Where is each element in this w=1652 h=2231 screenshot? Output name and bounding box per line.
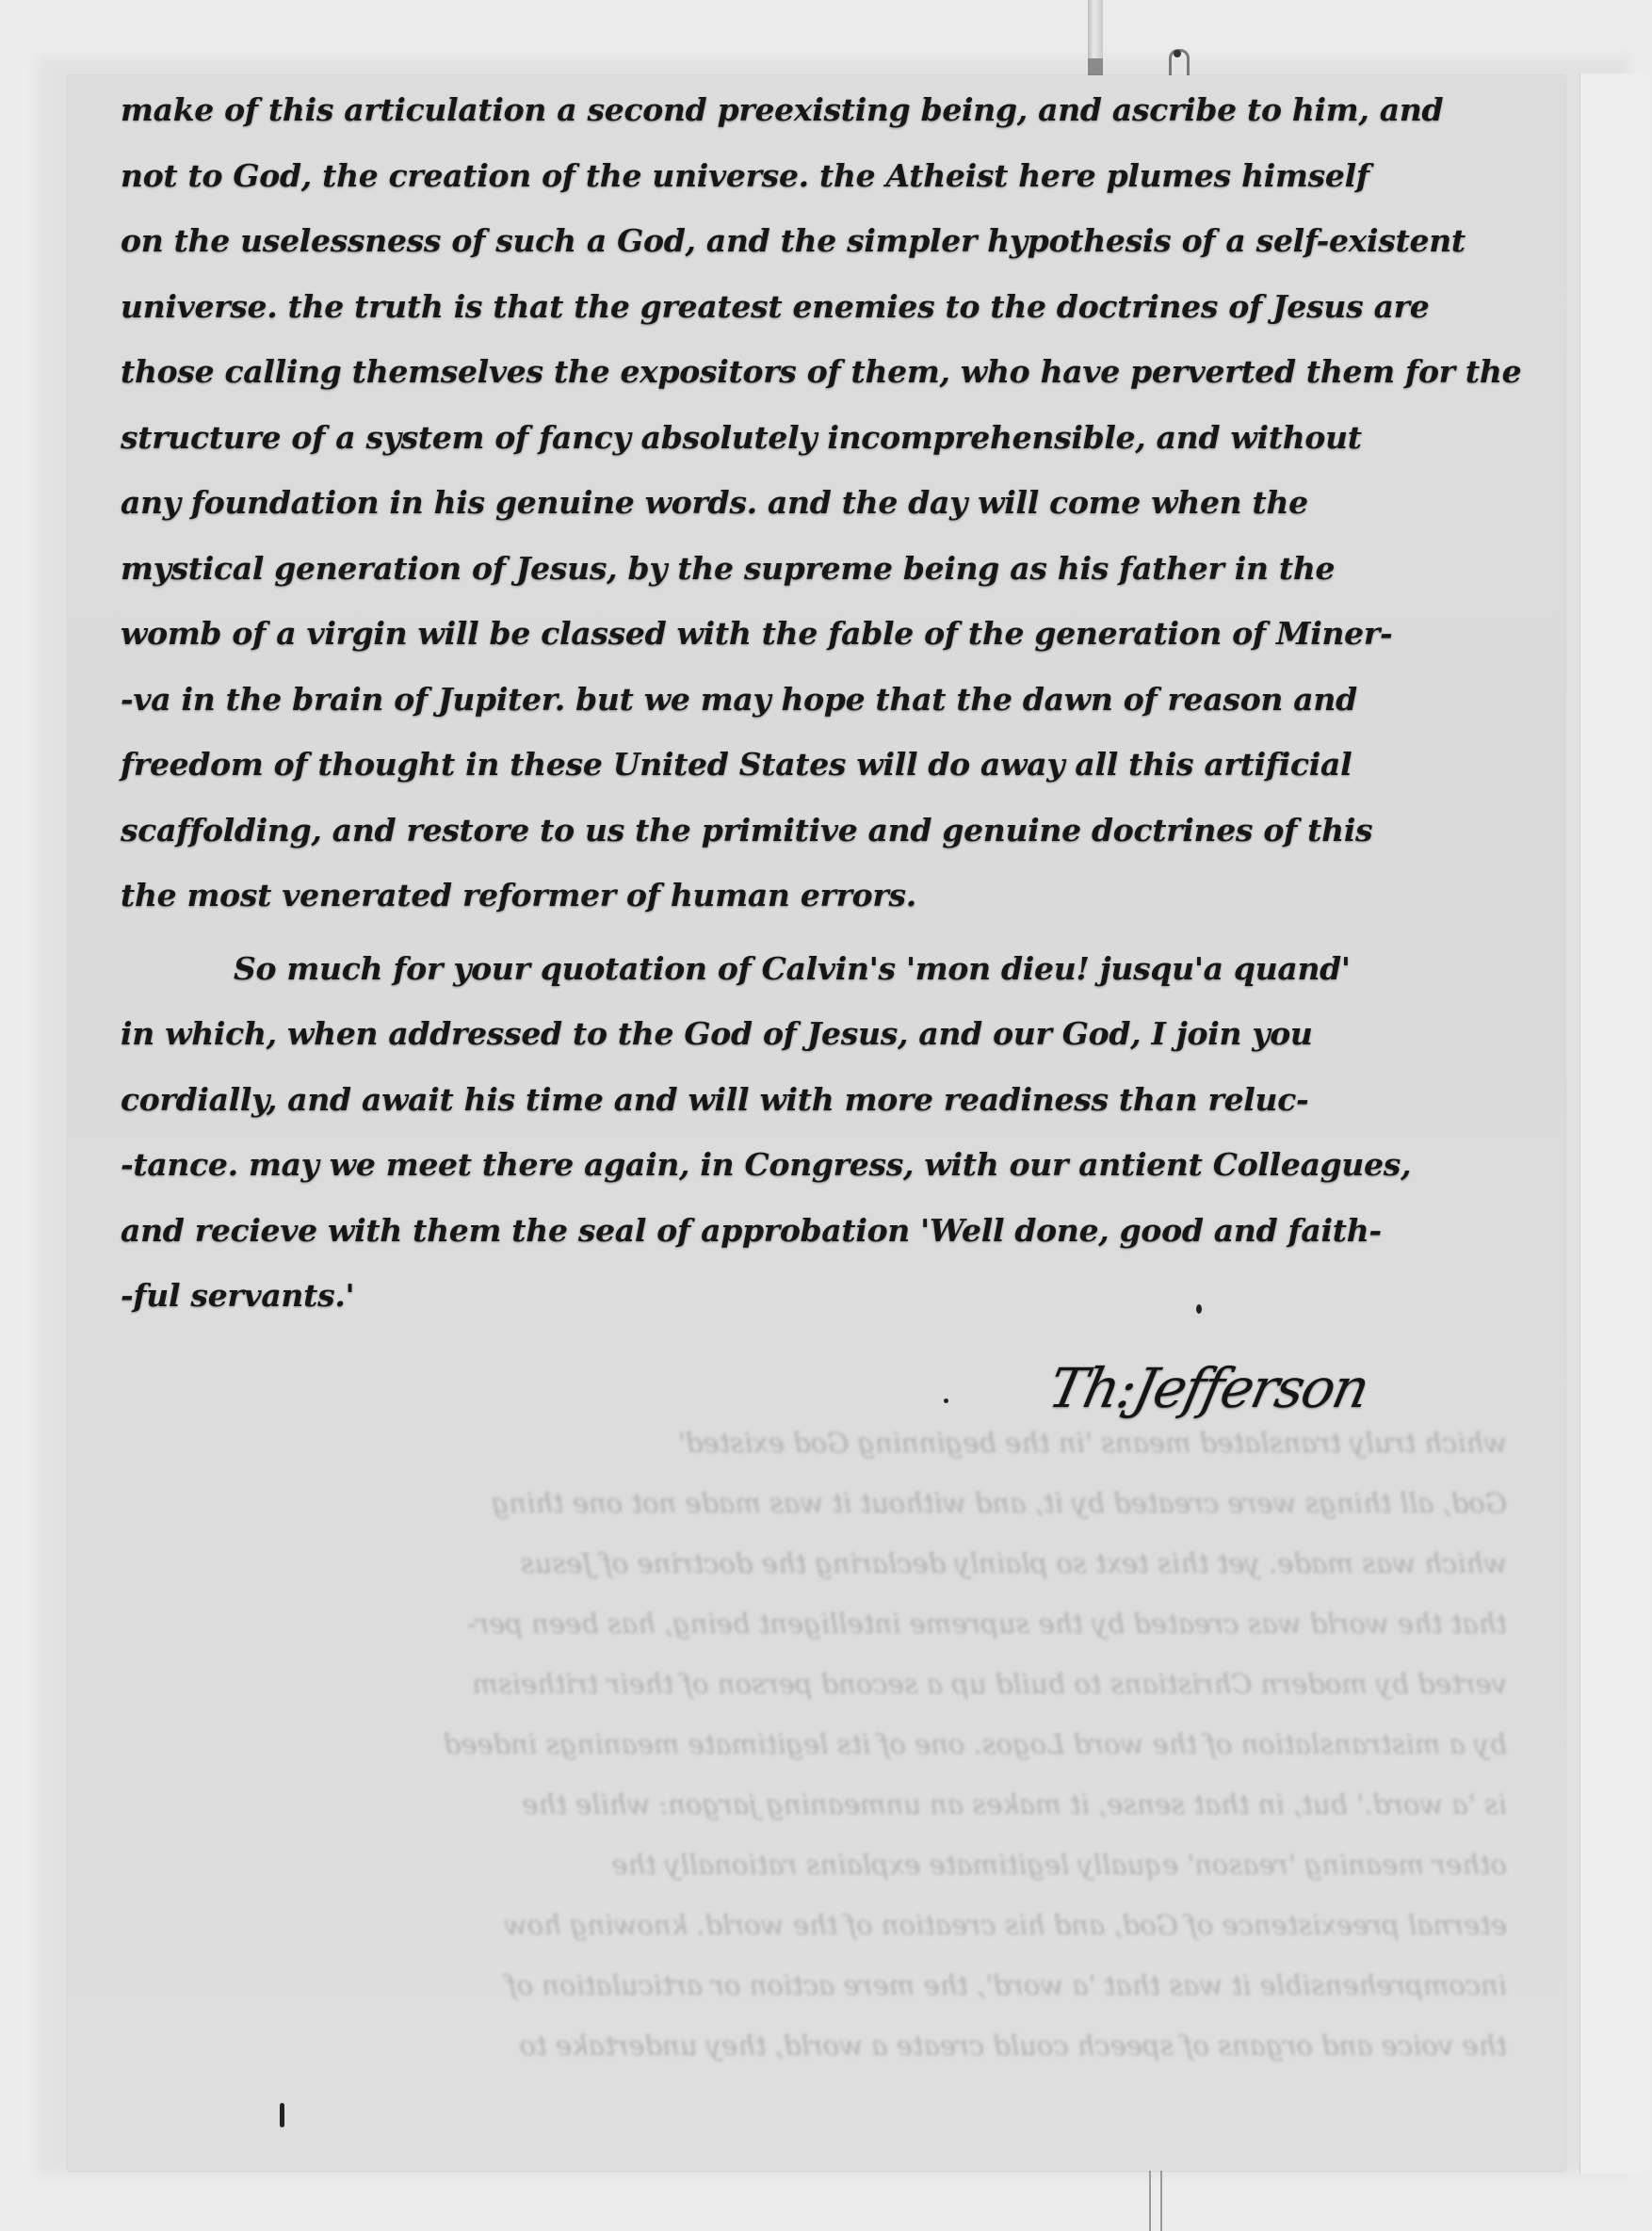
bottom-clip: [1149, 2171, 1162, 2231]
ink-speck: [280, 2103, 284, 2127]
bleed-line: which truly translated means 'in the beg…: [94, 1413, 1507, 1473]
mount-strip: [1579, 73, 1650, 2174]
text-line: -tance. may we meet there again, in Cong…: [121, 1132, 1514, 1198]
bleed-line: incomprehensible it was that 'a word', t…: [94, 1955, 1507, 2015]
text-line: any foundation in his genuine words. and…: [121, 470, 1514, 536]
ink-speck: [944, 1398, 948, 1403]
text-line: universe. the truth is that the greatest…: [121, 274, 1514, 340]
bleed-line: the voice and organs of speech could cre…: [94, 2015, 1507, 2076]
bleed-line: other meaning 'reason' equally legitimat…: [94, 1835, 1507, 1895]
text-line: -ful servants.': [121, 1263, 1514, 1329]
scanned-document: which truly translated means 'in the beg…: [0, 0, 1652, 2231]
letter-body: make of this articulation a second preex…: [121, 77, 1514, 1329]
text-line: make of this articulation a second preex…: [121, 77, 1514, 143]
bleed-line: by a mistranslation of the word Logos. o…: [94, 1714, 1507, 1774]
bleed-line: that the world was created by the suprem…: [94, 1593, 1507, 1654]
text-line: those calling themselves the expositors …: [121, 339, 1514, 405]
text-line: freedom of thought in these United State…: [121, 732, 1514, 798]
hook-fastener: [1169, 49, 1190, 78]
text-line: mystical generation of Jesus, by the sup…: [121, 536, 1514, 602]
text-line: the most venerated reformer of human err…: [121, 863, 1514, 929]
text-line: and recieve with them the seal of approb…: [121, 1198, 1514, 1264]
bleed-line: is 'a word.' but, in that sense, it make…: [94, 1774, 1507, 1835]
paragraph-1: make of this articulation a second preex…: [121, 77, 1514, 929]
bleed-line: which was made. yet this text so plainly…: [94, 1533, 1507, 1593]
text-line: scaffolding, and restore to us the primi…: [121, 798, 1514, 864]
text-line: not to God, the creation of the universe…: [121, 143, 1514, 209]
bleed-line: verted by modern Christians to build up …: [94, 1654, 1507, 1714]
bleed-through-text: which truly translated means 'in the beg…: [94, 1413, 1507, 2076]
binding-clip: [1088, 0, 1103, 75]
text-line: in which, when addressed to the God of J…: [121, 1001, 1514, 1067]
bleed-line: God, all things were created by it, and …: [94, 1473, 1507, 1533]
text-line: on the uselessness of such a God, and th…: [121, 208, 1514, 274]
ink-speck: [1196, 1304, 1202, 1314]
paragraph-2: So much for your quotation of Calvin's '…: [121, 936, 1514, 1329]
text-line: -va in the brain of Jupiter. but we may …: [121, 667, 1514, 733]
signature: Th:Jefferson: [1044, 1356, 1374, 1420]
text-line: So much for your quotation of Calvin's '…: [121, 936, 1514, 1002]
text-line: structure of a system of fancy absolutel…: [121, 405, 1514, 471]
text-line: womb of a virgin will be classed with th…: [121, 601, 1514, 667]
text-line: cordially, and await his time and will w…: [121, 1067, 1514, 1133]
bleed-line: eternal preexistence of God, and his cre…: [94, 1895, 1507, 1955]
